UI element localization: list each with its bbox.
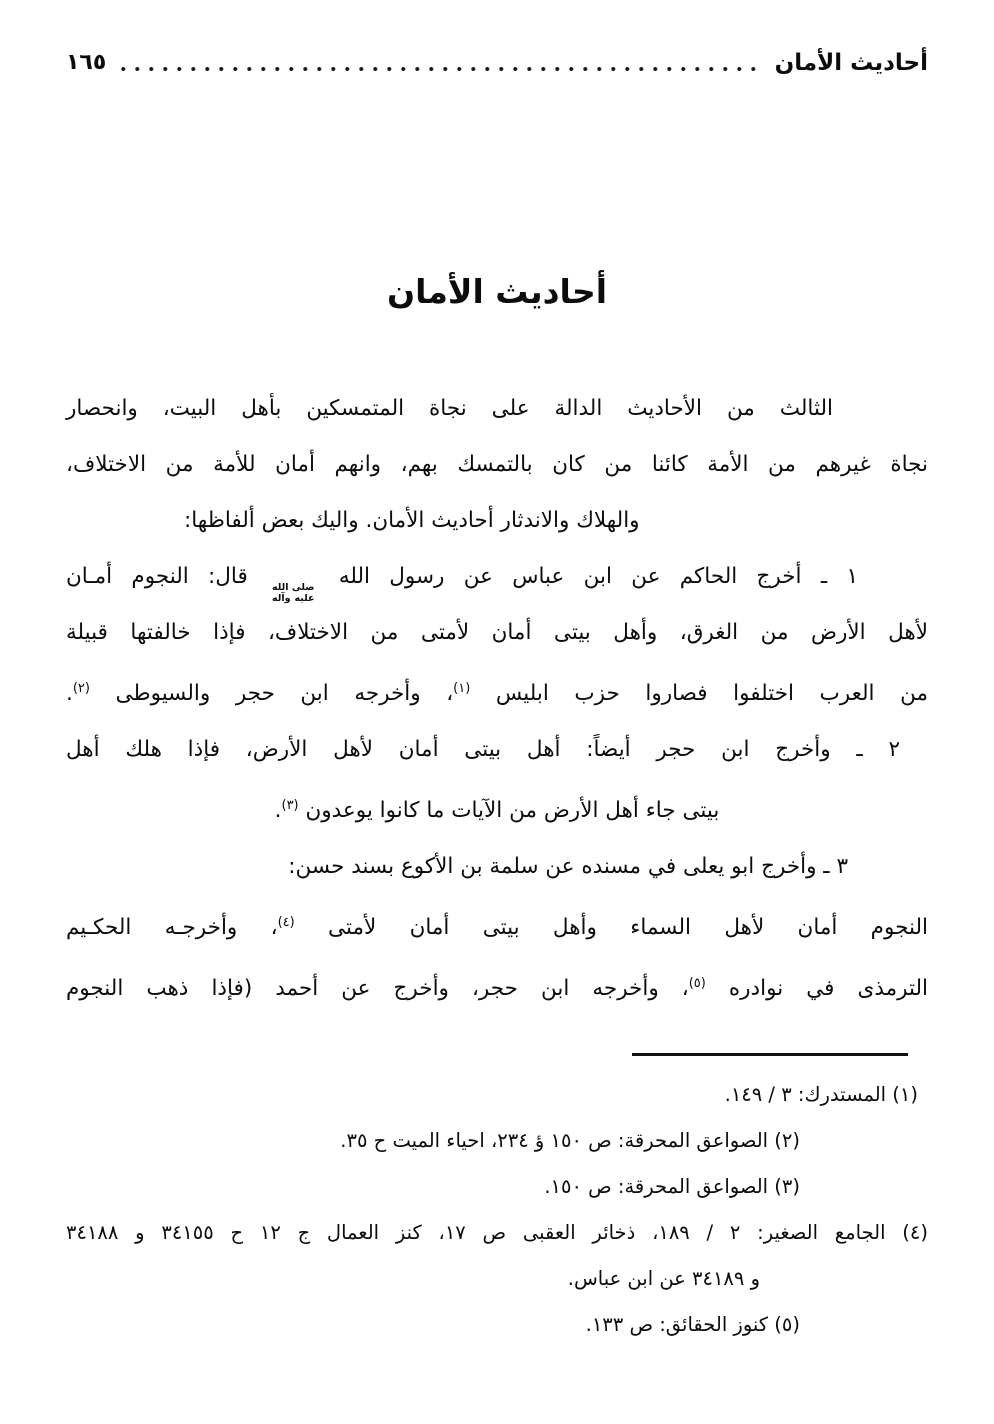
body-line: بيتى جاء أهل الأرض من الآيات ما كانوا يو…	[66, 778, 928, 839]
salawat-honorific: صلى الله عليه وآله	[272, 582, 314, 605]
footnote-2: (٢) الصواعق المحرقة: ص ١٥٠ ؤ ٢٣٤، احياء …	[66, 1118, 928, 1164]
book-page: أحاديث الأمان ١٦٥ أحاديث الأمان الثالث م…	[0, 0, 994, 1424]
running-header: أحاديث الأمان ١٦٥	[66, 50, 928, 76]
running-header-title: أحاديث الأمان	[775, 50, 928, 76]
footnotes: (١) المستدرك: ٣ / ١٤٩. (٢) الصواعق المحر…	[66, 1072, 928, 1348]
chapter-title: أحاديث الأمان	[66, 272, 928, 311]
body-text: الثالث من الأحاديث الدالة على نجاة المتم…	[66, 381, 928, 1017]
dotted-leader	[120, 66, 760, 72]
footnote-5: (٥) كنوز الحقائق: ص ١٣٣.	[66, 1302, 928, 1348]
footnote-4-continued: و ٣٤١٨٩ عن ابن عباس.	[66, 1256, 928, 1302]
page-number: ١٦٥	[66, 50, 106, 75]
footnote-4: (٤) الجامع الصغير: ٢ / ١٨٩، ذخائر العقبى…	[66, 1210, 928, 1256]
body-line: نجاة غيرهم من الأمة كائنا من كان بالتمسك…	[66, 437, 928, 493]
hadith-1-text: قال: النجوم أمـان	[66, 564, 248, 589]
footnote-1: (١) المستدرك: ٣ / ١٤٩.	[66, 1072, 928, 1118]
footnote-separator	[632, 1053, 908, 1056]
body-line: الترمذى في نوادره (٥)، وأخرجه ابن حجر، و…	[66, 956, 928, 1017]
footnote-3: (٣) الصواعق المحرقة: ص ١٥٠.	[66, 1164, 928, 1210]
hadith-1-intro: ١ ـ أخرج الحاكم عن ابن عباس عن رسول الله	[339, 564, 858, 589]
body-line: لأهل الأرض من الغرق، وأهل بيتى أمان لأمت…	[66, 605, 928, 661]
body-line: ٣ ـ وأخرج ابو يعلى في مسنده عن سلمة بن ا…	[66, 839, 928, 895]
body-line-hadith-1: ١ ـ أخرج الحاكم عن ابن عباس عن رسول الله…	[66, 549, 928, 605]
salawat-line-1: صلى الله	[272, 582, 314, 593]
body-line: والهلاك والاندثار أحاديث الأمان. واليك ب…	[66, 493, 928, 549]
salawat-line-2: عليه وآله	[272, 593, 314, 604]
body-line: من العرب اختلفوا فصاروا حزب ابليس (١)، و…	[66, 661, 928, 722]
body-line: النجوم أمان لأهل السماء وأهل بيتى أمان ل…	[66, 895, 928, 956]
body-line: الثالث من الأحاديث الدالة على نجاة المتم…	[66, 381, 928, 437]
body-line: ٢ ـ وأخرج ابن حجر أيضاً: أهل بيتى أمان ل…	[66, 722, 928, 778]
